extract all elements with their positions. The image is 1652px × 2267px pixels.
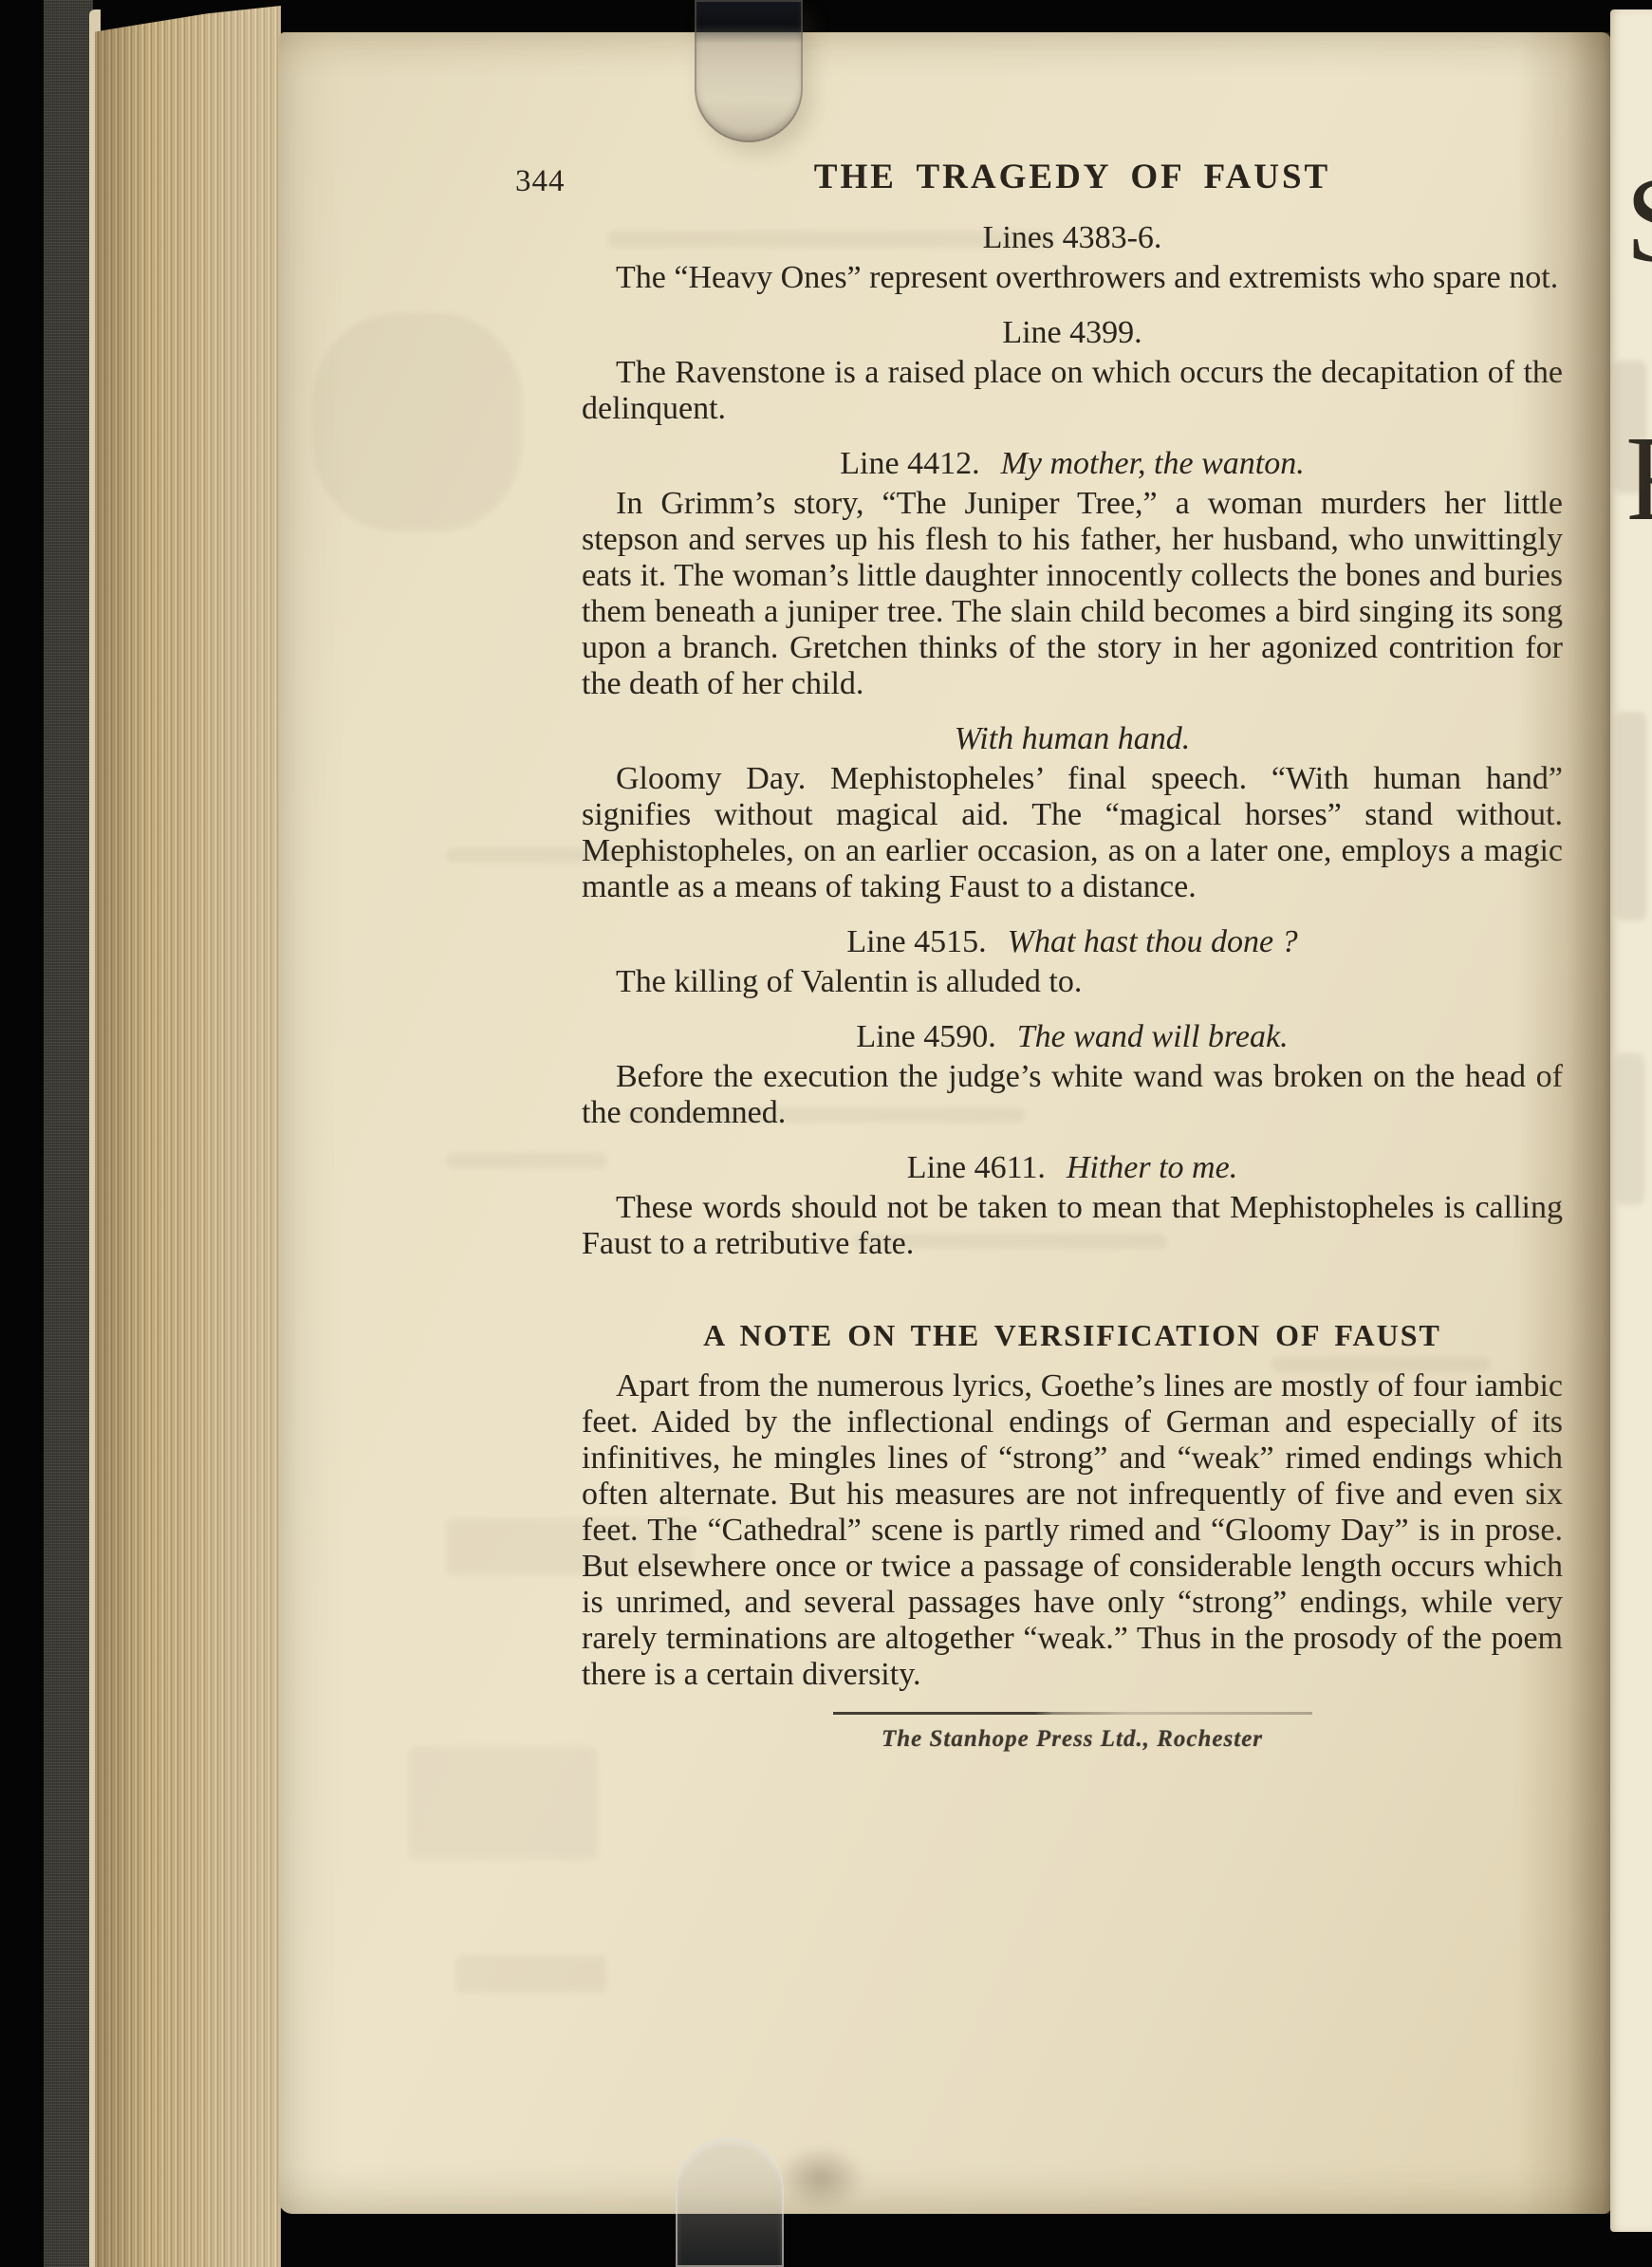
- note-section: Line 4611.Hither to me. These words shou…: [582, 1150, 1563, 1262]
- text-column: 344 THE TRAGEDY OF FAUST Lines 4383-6. T…: [582, 158, 1563, 1757]
- note-section: Line 4590.The wand will break. Before th…: [582, 1019, 1563, 1131]
- note-heading-line-ref: Line 4412.: [840, 446, 979, 481]
- note-body-text: Before the execution the judge’s white w…: [582, 1059, 1563, 1131]
- versification-body-text: Apart from the numerous lyrics, Goethe’s…: [582, 1368, 1563, 1693]
- show-through-ghost: [313, 313, 522, 531]
- running-title: THE TRAGEDY OF FAUST: [582, 158, 1563, 195]
- show-through-ghost: [408, 1746, 598, 1860]
- show-through-ghost: [1616, 1053, 1644, 1205]
- note-body-text: The “Heavy Ones” represent overthrowers …: [582, 260, 1563, 296]
- note-body-text: The killing of Valentin is alluded to.: [582, 964, 1563, 1000]
- note-heading: Line 4515.What hast thou done ?: [582, 924, 1563, 960]
- note-heading-line-ref: Lines 4383-6.: [983, 220, 1162, 255]
- page-header: 344 THE TRAGEDY OF FAUST: [582, 158, 1563, 201]
- printer-imprint: The Stanhope Press Ltd., Rochester: [582, 1712, 1563, 1757]
- note-section: Line 4399. The Ravenstone is a raised pl…: [582, 315, 1563, 427]
- show-through-ghost: [455, 1955, 607, 1993]
- book-photo-stage: 344 THE TRAGEDY OF FAUST Lines 4383-6. T…: [0, 0, 1652, 2267]
- note-section: Line 4412.My mother, the wanton. In Grim…: [582, 446, 1563, 702]
- note-heading-phrase: With human hand.: [955, 721, 1190, 756]
- note-heading-phrase: Hither to me.: [1067, 1150, 1237, 1185]
- note-section: With human hand. Gloomy Day. Mephistophe…: [582, 721, 1563, 905]
- note-section: Lines 4383-6. The “Heavy Ones” represent…: [582, 220, 1563, 296]
- imprint-rule: [833, 1712, 1312, 1715]
- next-page-letter: S: [1625, 159, 1652, 281]
- note-heading: Line 4611.Hither to me.: [582, 1150, 1563, 1186]
- show-through-ghost: [1616, 712, 1646, 920]
- note-heading-phrase: What hast thou done ?: [1008, 924, 1298, 959]
- book-spine: [44, 0, 93, 2267]
- note-heading: Lines 4383-6.: [582, 220, 1563, 256]
- note-body-text: In Grimm’s story, “The Juniper Tree,” a …: [582, 486, 1563, 702]
- page-holder-clip-top: [695, 0, 803, 142]
- note-heading-line-ref: Line 4399.: [1002, 315, 1142, 350]
- note-section: Line 4515.What hast thou done ? The kill…: [582, 924, 1563, 1000]
- versification-section: A NOTE ON THE VERSIFICATION OF FAUST Apa…: [582, 1317, 1563, 1693]
- show-through-ghost: [1614, 361, 1646, 493]
- note-heading-line-ref: Line 4515.: [846, 924, 986, 959]
- note-heading-phrase: The wand will break.: [1017, 1019, 1289, 1054]
- note-heading: Line 4590.The wand will break.: [582, 1019, 1563, 1055]
- note-heading: Line 4412.My mother, the wanton.: [582, 446, 1563, 482]
- note-heading: Line 4399.: [582, 315, 1563, 351]
- note-heading-line-ref: Line 4590.: [856, 1019, 995, 1054]
- versification-heading: A NOTE ON THE VERSIFICATION OF FAUST: [582, 1317, 1563, 1353]
- page-holder-clip-bottom: [676, 2137, 784, 2267]
- note-body-text: The Ravenstone is a raised place on whic…: [582, 355, 1563, 427]
- note-heading-line-ref: Line 4611.: [907, 1150, 1046, 1185]
- note-body-text: These words should not be taken to mean …: [582, 1190, 1563, 1262]
- note-heading-phrase: My mother, the wanton.: [1001, 446, 1305, 481]
- note-heading: With human hand.: [582, 721, 1563, 757]
- page-edges-fan: [95, 0, 281, 2267]
- page-number: 344: [515, 163, 566, 199]
- next-page-edge: S F: [1610, 9, 1652, 2232]
- imprint-text: The Stanhope Press Ltd., Rochester: [582, 1721, 1563, 1757]
- note-body-text: Gloomy Day. Mephistopheles’ final speech…: [582, 761, 1563, 905]
